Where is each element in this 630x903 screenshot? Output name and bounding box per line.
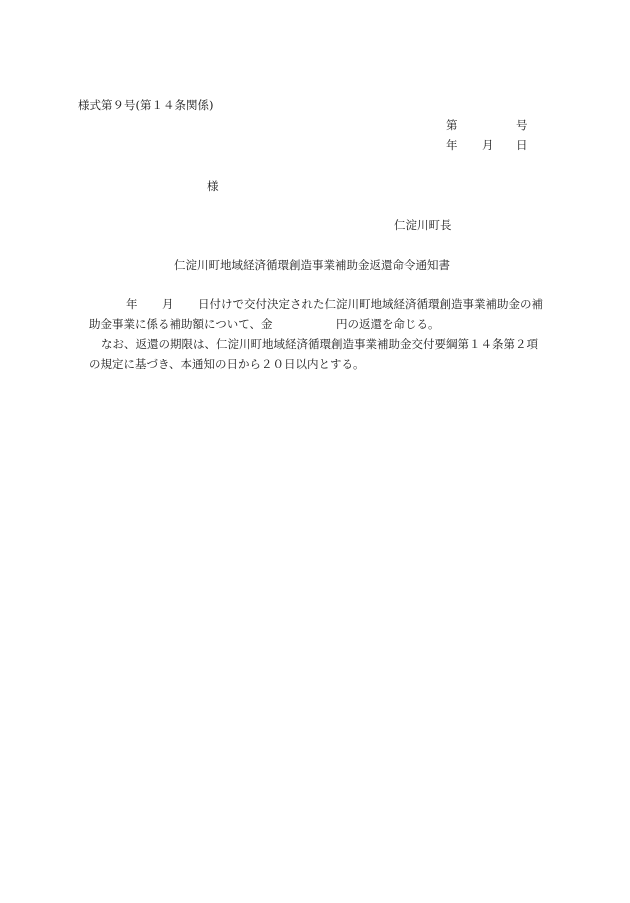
body-line-month: 月 xyxy=(162,297,174,311)
body-line-1: 日付けで交付決定された仁淀川町地域経済循環創造事業補助金の補 xyxy=(198,297,543,311)
body-line-2a: 助金事業に係る補助額について、金 xyxy=(89,317,273,331)
date-year: 年 xyxy=(446,138,458,152)
body-line-year: 年 xyxy=(126,297,138,311)
body-line-3: なお、返還の期限は、仁淀川町地域経済循環創造事業補助金交付要綱第１４条第２項 xyxy=(101,337,538,351)
doc-number-prefix: 第 xyxy=(446,118,458,132)
date-day: 日 xyxy=(516,138,528,152)
document-title: 仁淀川町地域経済循環創造事業補助金返還命令通知書 xyxy=(174,258,450,272)
sender-name: 仁淀川町長 xyxy=(394,218,452,232)
doc-number-suffix: 号 xyxy=(516,118,528,132)
date-month: 月 xyxy=(482,138,494,152)
body-line-4: の規定に基づき、本通知の日から２０日以内とする。 xyxy=(89,357,365,371)
form-number: 様式第９号(第１４条関係) xyxy=(78,98,213,112)
body-line-2b: 円の返還を命じる。 xyxy=(336,317,440,331)
addressee-suffix: 様 xyxy=(207,179,219,193)
